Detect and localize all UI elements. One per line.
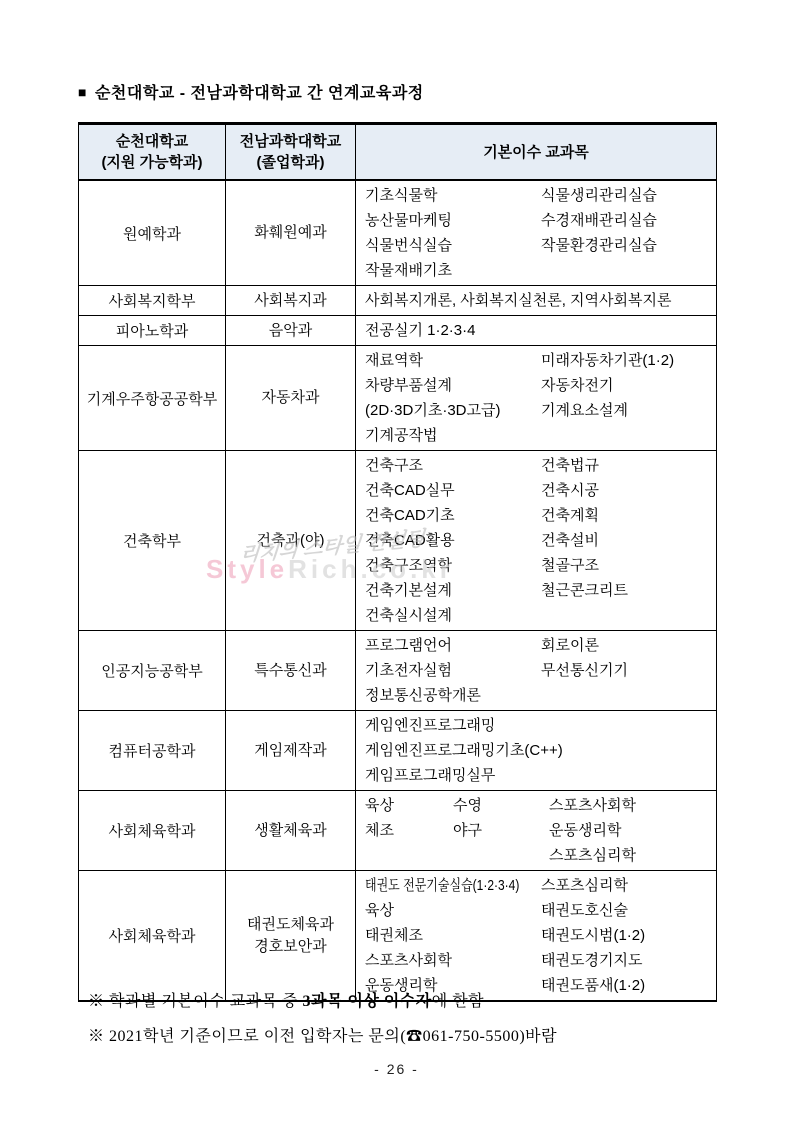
table-row: 사회체육학과태권도체육과 경호보안과태권도 전문기술실습(1·2·3·4)육상태… (79, 871, 717, 1002)
table-row: 원예학과화훼원예과기초식물학농산물마케팅식물번식실습작물재배기초식물생리관리실습… (79, 180, 717, 286)
course-item: 무선통신기기 (541, 658, 712, 683)
course-item: 철골구조 (541, 553, 712, 578)
course-item: 게임프로그래밍실무 (365, 763, 712, 788)
course-item: 수경재배관리실습 (541, 208, 712, 233)
table-row: 사회복지학부사회복지과사회복지개론, 사회복지실천론, 지역사회복지론 (79, 286, 717, 316)
course-item: (2D·3D기초·3D고급) (365, 398, 541, 423)
jeonnam-dept-cell: 자동차과 (226, 346, 356, 451)
courses-cell: 태권도 전문기술실습(1·2·3·4)육상태권체조스포츠사회학운동생리학스포츠심… (356, 871, 717, 1002)
course-item: 스포츠사회학 (549, 793, 712, 818)
courses-cell: 프로그램언어기초전자실험정보통신공학개론회로이론무선통신기기 (356, 631, 717, 711)
header-line: 전남과학대학교 (226, 131, 355, 152)
course-item: 사회복지개론, 사회복지실천론, 지역사회복지론 (365, 288, 712, 313)
course-item: 식물번식실습 (365, 233, 541, 258)
header-row: 순천대학교 (지원 가능학과) 전남과학대학교 (졸업학과) 기본이수 교과목 (79, 124, 717, 181)
course-item: 차량부품설계 (365, 373, 541, 398)
course-item: 태권도경기지도 (541, 948, 712, 973)
course-item: 건축설비 (541, 528, 712, 553)
course-item: 게임엔진프로그래밍 (365, 713, 712, 738)
course-item: 기계공작법 (365, 423, 541, 448)
course-item: 건축구조역학 (365, 553, 541, 578)
table-row: 컴퓨터공학과게임제작과게임엔진프로그래밍게임엔진프로그래밍기초(C++)게임프로… (79, 711, 717, 791)
courses-cell: 전공실기 1·2·3·4 (356, 316, 717, 346)
course-item: 자동차전기 (541, 373, 712, 398)
header-line: 순천대학교 (79, 131, 225, 152)
suncheon-dept-cell: 기계우주항공공학부 (79, 346, 226, 451)
jeonnam-dept-cell: 건축과(야) (226, 451, 356, 631)
col-header-required-courses: 기본이수 교과목 (356, 124, 717, 181)
note-1-bold: 3과목 이상 이수자 (303, 993, 432, 1010)
course-item: 기초식물학 (365, 183, 541, 208)
jeonnam-dept-cell: 화훼원예과 (226, 180, 356, 286)
document-page: ■ 순천대학교 - 전남과학대학교 간 연계교육과정 순천대학교 (지원 가능학… (0, 0, 793, 1121)
table-row: 인공지능공학부특수통신과프로그램언어기초전자실험정보통신공학개론회로이론무선통신… (79, 631, 717, 711)
course-item: 게임엔진프로그래밍기초(C++) (365, 738, 712, 763)
linked-curriculum-table: 순천대학교 (지원 가능학과) 전남과학대학교 (졸업학과) 기본이수 교과목 … (78, 122, 717, 1002)
course-item: 철근콘크리트 (541, 578, 712, 603)
course-item: 육상 (365, 898, 541, 923)
courses-cell: 사회복지개론, 사회복지실천론, 지역사회복지론 (356, 286, 717, 316)
course-item: 기계요소설계 (541, 398, 712, 423)
course-item: 프로그램언어 (365, 633, 541, 658)
course-item: 전공실기 1·2·3·4 (365, 318, 712, 343)
footnotes: ※ 학과별 기본이수 교과목 중 3과목 이상 이수자에 한함 ※ 2021학년… (88, 990, 728, 1060)
suncheon-dept-cell: 사회복지학부 (79, 286, 226, 316)
course-item: 기초전자실험 (365, 658, 541, 683)
suncheon-dept-cell: 사회체육학과 (79, 791, 226, 871)
course-item: 태권도호신술 (541, 898, 712, 923)
course-item: 농산물마케팅 (365, 208, 541, 233)
course-item: 식물생리관리실습 (541, 183, 712, 208)
course-item: 육상 (365, 793, 453, 818)
table-row: 건축학부건축과(야)건축구조건축CAD실무건축CAD기초건축CAD활용건축구조역… (79, 451, 717, 631)
course-item: 태권체조 (365, 923, 541, 948)
course-item: 건축실시설계 (365, 603, 541, 628)
courses-cell: 재료역학차량부품설계(2D·3D기초·3D고급)기계공작법미래자동차기관(1·2… (356, 346, 717, 451)
jeonnam-dept-cell: 태권도체육과 경호보안과 (226, 871, 356, 1002)
course-item: 미래자동차기관(1·2) (541, 348, 712, 373)
jeonnam-dept-cell: 게임제작과 (226, 711, 356, 791)
header-line: 기본이수 교과목 (356, 142, 716, 163)
courses-cell: 육상체조수영야구스포츠사회학운동생리학스포츠심리학 (356, 791, 717, 871)
page-number: - 26 - (0, 1061, 793, 1077)
course-item: 정보통신공학개론 (365, 683, 541, 708)
course-item: 재료역학 (365, 348, 541, 373)
table-row: 피아노학과음악과전공실기 1·2·3·4 (79, 316, 717, 346)
courses-cell: 기초식물학농산물마케팅식물번식실습작물재배기초식물생리관리실습수경재배관리실습작… (356, 180, 717, 286)
header-line: (졸업학과) (226, 152, 355, 173)
table-body: 원예학과화훼원예과기초식물학농산물마케팅식물번식실습작물재배기초식물생리관리실습… (79, 180, 717, 1001)
suncheon-dept-cell: 컴퓨터공학과 (79, 711, 226, 791)
course-item: 회로이론 (541, 633, 712, 658)
course-item: 건축CAD활용 (365, 528, 541, 553)
note-1: ※ 학과별 기본이수 교과목 중 3과목 이상 이수자에 한함 (88, 990, 728, 1013)
suncheon-dept-cell: 원예학과 (79, 180, 226, 286)
suncheon-dept-cell: 피아노학과 (79, 316, 226, 346)
table-row: 사회체육학과생활체육과육상체조수영야구스포츠사회학운동생리학스포츠심리학 (79, 791, 717, 871)
page-title-text: 순천대학교 - 전남과학대학교 간 연계교육과정 (95, 80, 424, 103)
course-item: 작물환경관리실습 (541, 233, 712, 258)
col-header-jeonnam-univ: 전남과학대학교 (졸업학과) (226, 124, 356, 181)
course-item: 건축구조 (365, 453, 541, 478)
course-item: 작물재배기초 (365, 258, 541, 283)
suncheon-dept-cell: 건축학부 (79, 451, 226, 631)
course-item: 야구 (453, 818, 549, 843)
course-item: 건축기본설계 (365, 578, 541, 603)
course-item: 건축시공 (541, 478, 712, 503)
course-item: 태권도 전문기술실습(1·2·3·4) (365, 873, 506, 898)
course-item: 건축CAD기초 (365, 503, 541, 528)
course-item: 스포츠심리학 (549, 843, 712, 868)
suncheon-dept-cell: 인공지능공학부 (79, 631, 226, 711)
courses-cell: 게임엔진프로그래밍게임엔진프로그래밍기초(C++)게임프로그래밍실무 (356, 711, 717, 791)
course-item: 건축법규 (541, 453, 712, 478)
jeonnam-dept-cell: 생활체육과 (226, 791, 356, 871)
jeonnam-dept-cell: 특수통신과 (226, 631, 356, 711)
jeonnam-dept-cell: 음악과 (226, 316, 356, 346)
course-item: 수영 (453, 793, 549, 818)
course-item: 스포츠사회학 (365, 948, 541, 973)
header-line: (지원 가능학과) (79, 152, 225, 173)
col-header-suncheon-univ: 순천대학교 (지원 가능학과) (79, 124, 226, 181)
course-item: 건축계획 (541, 503, 712, 528)
courses-cell: 건축구조건축CAD실무건축CAD기초건축CAD활용건축구조역학건축기본설계건축실… (356, 451, 717, 631)
suncheon-dept-cell: 사회체육학과 (79, 871, 226, 1002)
jeonnam-dept-cell: 사회복지과 (226, 286, 356, 316)
course-item: 운동생리학 (549, 818, 712, 843)
square-bullet-icon: ■ (78, 84, 87, 100)
table-row: 기계우주항공공학부자동차과재료역학차량부품설계(2D·3D기초·3D고급)기계공… (79, 346, 717, 451)
page-title: ■ 순천대학교 - 전남과학대학교 간 연계교육과정 (78, 80, 424, 103)
course-item: 체조 (365, 818, 453, 843)
course-item: 건축CAD실무 (365, 478, 541, 503)
course-item: 태권도시범(1·2) (541, 923, 712, 948)
course-item: 스포츠심리학 (541, 873, 712, 898)
note-2: ※ 2021학년 기준이므로 이전 입학자는 문의(☎061-750-5500)… (88, 1025, 728, 1048)
